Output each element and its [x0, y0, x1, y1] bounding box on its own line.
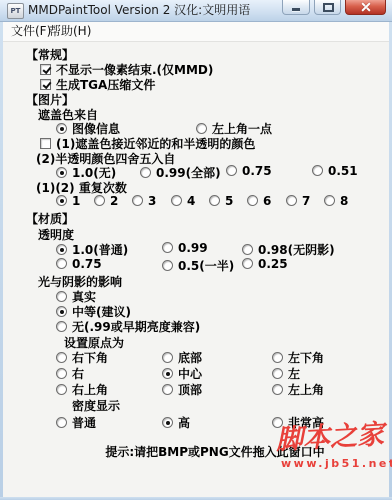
radio-origin-left[interactable]: 左 — [272, 365, 300, 382]
close-button[interactable] — [345, 0, 386, 15]
radio-icon — [209, 195, 220, 206]
radio-icon — [272, 384, 283, 395]
radio-label: 1 — [72, 194, 80, 208]
radio-repeat-1[interactable]: 1 — [56, 194, 80, 208]
radio-origin-bottom-right[interactable]: 右下角 — [56, 349, 108, 366]
radio-icon — [56, 306, 67, 317]
radio-round-0-51[interactable]: 0.51 — [312, 164, 358, 178]
radio-repeat-3[interactable]: 3 — [132, 194, 156, 208]
radio-icon — [94, 195, 105, 206]
radio-icon — [196, 123, 207, 134]
radio-icon — [56, 167, 67, 178]
radio-label: 1.0(无) — [72, 166, 116, 180]
menu-help[interactable]: 帮助(H) — [46, 22, 94, 41]
radio-label: 中等(建议) — [72, 305, 131, 319]
radio-label: 左上角 — [288, 383, 324, 397]
radio-label: 6 — [263, 194, 271, 208]
radio-label: 0.25 — [258, 257, 288, 271]
checkbox-label: 不显示一像素结束.(仅MMD) — [56, 63, 213, 77]
radio-icon — [56, 368, 67, 379]
radio-icon — [56, 384, 67, 395]
radio-repeat-5[interactable]: 5 — [209, 194, 233, 208]
radio-icon — [226, 165, 237, 176]
radio-label: 1.0(普通) — [72, 243, 128, 257]
radio-label: 右下角 — [72, 351, 108, 365]
radio-origin-top-left[interactable]: 左上角 — [272, 381, 324, 398]
radio-opacity-0-5[interactable]: 0.5(一半) — [162, 257, 234, 274]
radio-label: 0.75 — [242, 164, 272, 178]
radio-opacity-0-75[interactable]: 0.75 — [56, 257, 102, 271]
titlebar[interactable]: PT MMDPaintTool Version 2 汉化:文明用语 — [0, 0, 392, 22]
radio-repeat-2[interactable]: 2 — [94, 194, 118, 208]
radio-icon — [162, 352, 173, 363]
radio-icon — [56, 291, 67, 302]
section-material: 【材质】 — [26, 210, 74, 227]
radio-opacity-0-25[interactable]: 0.25 — [242, 257, 288, 271]
radio-label: 0.99(全部) — [156, 166, 221, 180]
radio-label: 高 — [178, 416, 190, 430]
radio-label: 4 — [187, 194, 195, 208]
radio-icon — [56, 321, 67, 332]
window-controls — [282, 0, 386, 16]
radio-icon — [247, 195, 258, 206]
radio-repeat-4[interactable]: 4 — [171, 194, 195, 208]
checkbox-icon — [40, 64, 51, 75]
radio-opacity-1-0[interactable]: 1.0(普通) — [56, 241, 128, 258]
radio-origin-center[interactable]: 中心 — [162, 365, 202, 382]
checkbox-icon — [40, 79, 51, 90]
app-window: PT MMDPaintTool Version 2 汉化:文明用语 文件(F) … — [0, 0, 392, 500]
radio-opacity-0-99[interactable]: 0.99 — [162, 241, 208, 255]
radio-origin-right[interactable]: 右 — [56, 365, 84, 382]
maximize-button[interactable] — [314, 0, 341, 15]
radio-label: 真实 — [72, 290, 96, 304]
radio-label: 5 — [225, 194, 233, 208]
radio-icon — [171, 195, 182, 206]
radio-label: 0.51 — [328, 164, 358, 178]
radio-icon — [162, 384, 173, 395]
radio-icon — [162, 417, 173, 428]
radio-label: 图像信息 — [72, 122, 120, 136]
checkbox-label: 生成TGA压缩文件 — [56, 78, 155, 92]
radio-icon — [162, 260, 173, 271]
radio-icon — [56, 195, 67, 206]
radio-label: 0.5(一半) — [178, 259, 234, 273]
radio-icon — [242, 244, 253, 255]
watermark-logo: 脚本之家 — [275, 420, 384, 456]
radio-label: 右上角 — [72, 383, 108, 397]
radio-opacity-0-98[interactable]: 0.98(无阴影) — [242, 241, 335, 258]
radio-label: 底部 — [178, 351, 202, 365]
radio-icon — [56, 352, 67, 363]
radio-icon — [324, 195, 335, 206]
radio-origin-bottom[interactable]: 底部 — [162, 349, 202, 366]
label-density: 密度显示 — [72, 397, 120, 414]
radio-repeat-6[interactable]: 6 — [247, 194, 271, 208]
radio-label: 8 — [340, 194, 348, 208]
radio-icon — [286, 195, 297, 206]
radio-icon — [140, 167, 151, 178]
radio-icon — [56, 258, 67, 269]
radio-icon — [56, 417, 67, 428]
radio-icon — [56, 244, 67, 255]
radio-icon — [162, 242, 173, 253]
radio-icon — [132, 195, 143, 206]
radio-density-high[interactable]: 高 — [162, 414, 190, 431]
window-title: MMDPaintTool Version 2 汉化:文明用语 — [28, 0, 250, 21]
menu-bar: 文件(F) 帮助(H) — [3, 22, 389, 42]
radio-icon — [312, 165, 323, 176]
radio-origin-top[interactable]: 顶部 — [162, 381, 202, 398]
radio-label: 中心 — [178, 367, 202, 381]
radio-repeat-7[interactable]: 7 — [286, 194, 310, 208]
checkbox-label: (1)遮盖色接近邻近的和半透明的颜色 — [56, 137, 255, 151]
checkbox-icon — [40, 138, 51, 149]
radio-repeat-8[interactable]: 8 — [324, 194, 348, 208]
radio-label: 左上角一点 — [212, 122, 272, 136]
radio-origin-bottom-left[interactable]: 左下角 — [272, 349, 324, 366]
radio-label: 3 — [148, 194, 156, 208]
minimize-button[interactable] — [282, 0, 310, 15]
radio-round-0-75[interactable]: 0.75 — [226, 164, 272, 178]
radio-label: 无(.99或早期亮度兼容) — [72, 320, 200, 334]
radio-label: 0.99 — [178, 241, 208, 255]
radio-origin-top-right[interactable]: 右上角 — [56, 381, 108, 398]
radio-density-normal[interactable]: 普通 — [56, 414, 96, 431]
radio-label: 7 — [302, 194, 310, 208]
app-icon: PT — [7, 3, 24, 19]
radio-icon — [272, 352, 283, 363]
radio-icon — [242, 258, 253, 269]
radio-icon — [162, 368, 173, 379]
radio-icon — [272, 368, 283, 379]
radio-label: 左下角 — [288, 351, 324, 365]
radio-shading-none[interactable]: 无(.99或早期亮度兼容) — [56, 318, 200, 335]
radio-icon — [56, 123, 67, 134]
radio-label: 0.75 — [72, 257, 102, 271]
radio-label: 右 — [72, 367, 84, 381]
radio-label: 2 — [110, 194, 118, 208]
watermark-site-url: www.jb51.net — [281, 457, 392, 470]
radio-label: 顶部 — [178, 383, 202, 397]
radio-label: 普通 — [72, 416, 96, 430]
radio-label: 0.98(无阴影) — [258, 243, 335, 257]
radio-label: 左 — [288, 367, 300, 381]
